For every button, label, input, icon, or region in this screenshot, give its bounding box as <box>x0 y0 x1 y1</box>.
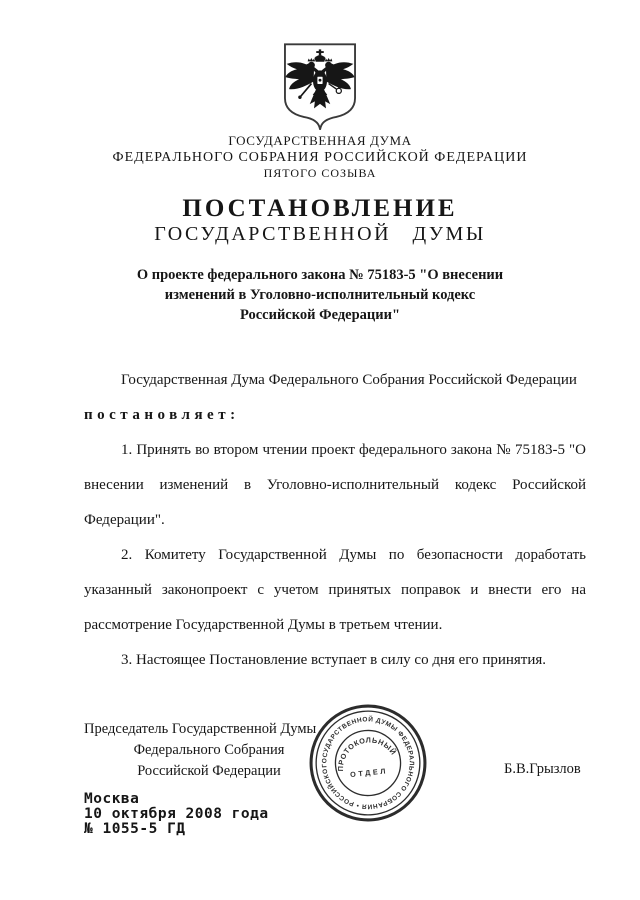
signatory-position-line: Федерального Собрания <box>84 740 334 761</box>
stamp-title: ПРОТОКОЛЬНЫЙ <box>329 729 399 774</box>
signatory-name: Б.В.Грызлов <box>504 761 581 778</box>
document-footer: Москва 10 октября 2008 года № 1055-5 ГД <box>84 792 269 837</box>
signatory-position-line: Российской Федерации <box>84 761 334 782</box>
protocol-department-stamp: ГОСУДАРСТВЕННОЙ ДУМЫ ФЕДЕРАЛЬНОГО СОБРАН… <box>301 696 435 830</box>
footer-city: Москва <box>84 792 269 807</box>
signatory-position-line: Председатель Государственной Думы <box>84 719 334 740</box>
stamp-subtitle: ОТДЕЛ <box>350 766 389 779</box>
document-body: Государственная Дума Федерального Собран… <box>84 363 586 678</box>
russian-coat-of-arms-icon <box>277 40 363 134</box>
org-header: ГОСУДАРСТВЕННАЯ ДУМА ФЕДЕРАЛЬНОГО СОБРАН… <box>0 133 640 181</box>
document-subject: О проекте федерального закона № 75183-5 … <box>110 265 530 325</box>
footer-number: № 1055-5 ГД <box>84 822 269 837</box>
document-title-issuer: ГОСУДАРСТВЕННОЙ ДУМЫ <box>0 223 640 246</box>
clause-3: 3. Настоящее Постановление вступает в си… <box>84 643 586 678</box>
org-convocation: ПЯТОГО СОЗЫВА <box>0 166 640 181</box>
body-intro: Государственная Дума Федерального Собран… <box>84 363 586 398</box>
subject-line: изменений в Уголовно-исполнительный коде… <box>110 285 530 305</box>
clause-1: 1. Принять во втором чтении проект федер… <box>84 433 586 538</box>
org-name-line1: ГОСУДАРСТВЕННАЯ ДУМА <box>0 133 640 149</box>
svg-text:ГОСУДАРСТВЕННОЙ ДУМЫ ФЕДЕРАЛЬН: ГОСУДАРСТВЕННОЙ ДУМЫ ФЕДЕРАЛЬНОГО СОБРАН… <box>301 696 419 816</box>
document-page: ГОСУДАРСТВЕННАЯ ДУМА ФЕДЕРАЛЬНОГО СОБРАН… <box>0 0 640 900</box>
clause-2: 2. Комитету Государственной Думы по безо… <box>84 538 586 643</box>
footer-date: 10 октября 2008 года <box>84 807 269 822</box>
body-resolves: постановляет: <box>84 398 586 433</box>
svg-text:ПРОТОКОЛЬНЫЙ: ПРОТОКОЛЬНЫЙ <box>329 729 399 774</box>
signatory-position: Председатель Государственной Думы Федера… <box>84 719 334 782</box>
subject-line: О проекте федерального закона № 75183-5 … <box>110 265 530 285</box>
subject-line: Российской Федерации" <box>110 305 530 325</box>
stamp-ring-text: ГОСУДАРСТВЕННОЙ ДУМЫ ФЕДЕРАЛЬНОГО СОБРАН… <box>301 696 419 816</box>
document-title: ПОСТАНОВЛЕНИЕ <box>0 195 640 223</box>
org-name-line2: ФЕДЕРАЛЬНОГО СОБРАНИЯ РОССИЙСКОЙ ФЕДЕРАЦ… <box>0 149 640 166</box>
